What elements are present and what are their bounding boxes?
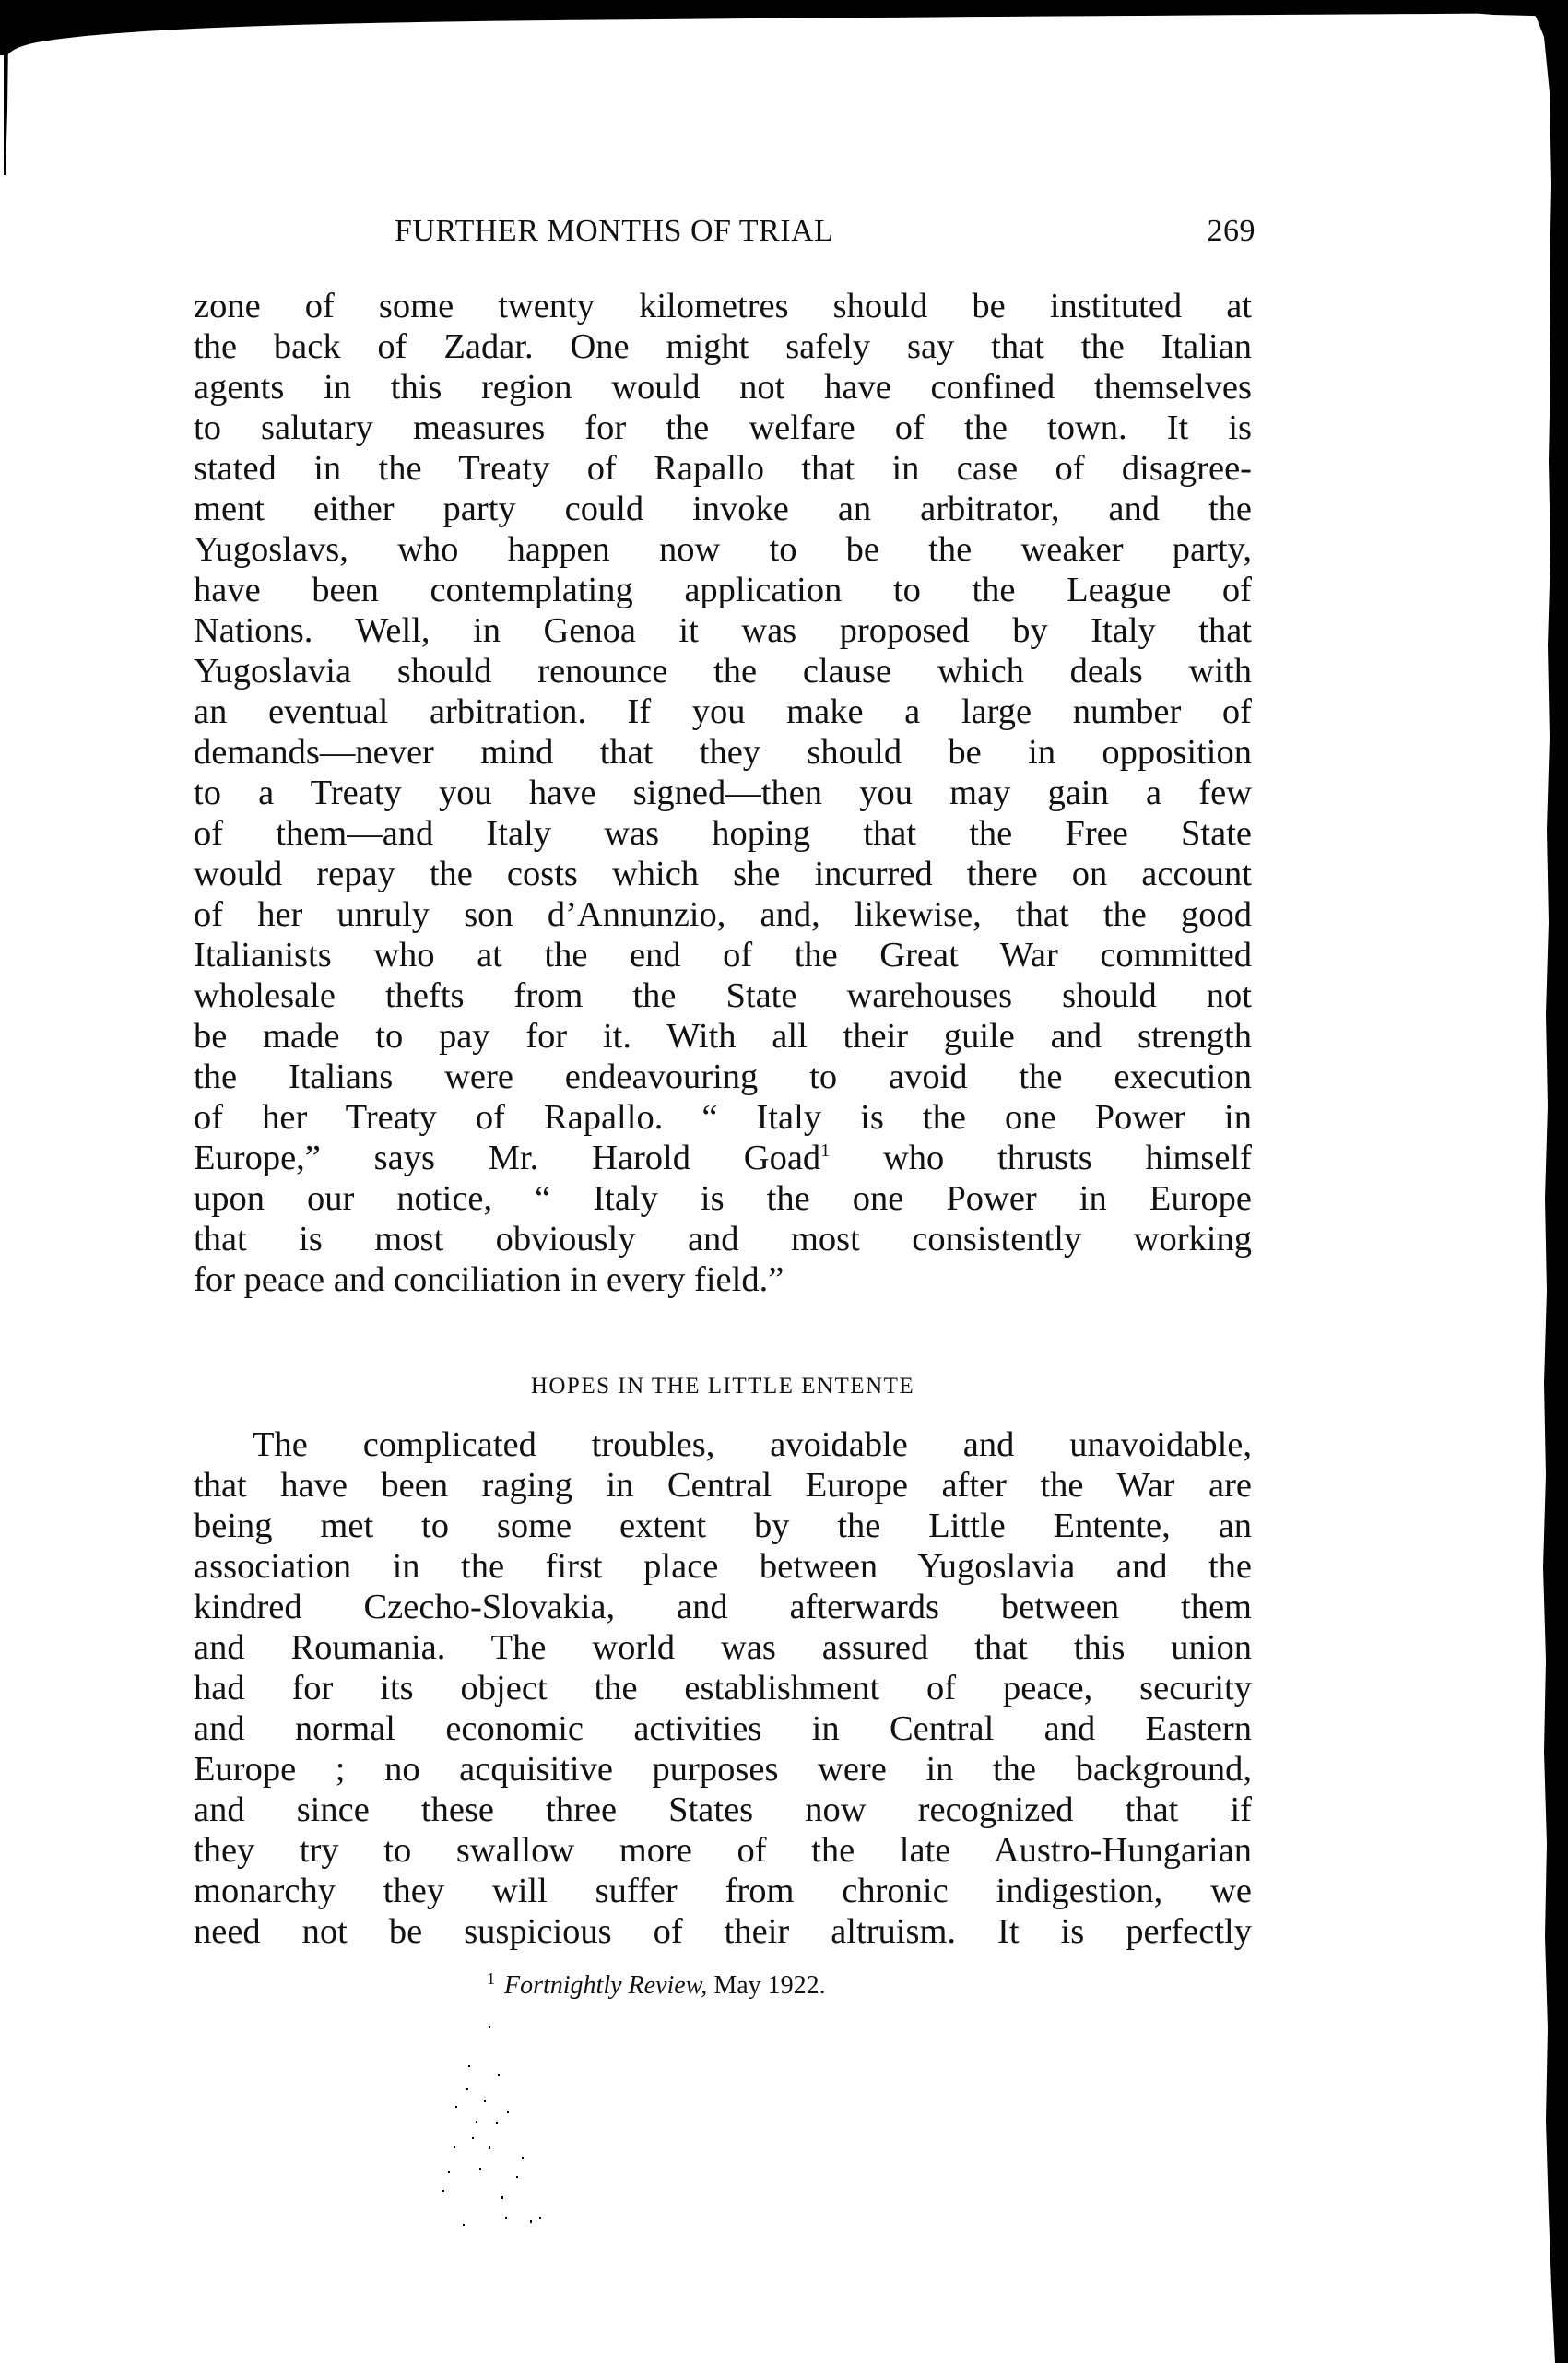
text-line: the back of Zadar. One might safely say … <box>194 326 1252 367</box>
text-line: ment either party could invoke an arbitr… <box>194 489 1252 529</box>
text-line-with-footnote: Europe,” says Mr. Harold Goad1 who thrus… <box>194 1138 1252 1178</box>
section-heading-text: HOPES IN THE LITTLE ENTENTE <box>531 1374 914 1399</box>
scan-speckles <box>387 2019 608 2240</box>
text-line: of her Treaty of Rapallo. “ Italy is the… <box>194 1097 1252 1138</box>
text-line: wholesale thefts from the State warehous… <box>194 975 1252 1016</box>
text-line: the Italians were endeavouring to avoid … <box>194 1057 1252 1097</box>
footnote-marker: 1 <box>487 1969 495 1988</box>
text-line: would repay the costs which she incurred… <box>194 854 1252 894</box>
footnote-date: May 1922. <box>707 1971 825 2000</box>
text-line: to a Treaty you have signed—then you may… <box>194 773 1252 813</box>
text-line: Yugoslavs, who happen now to be the weak… <box>194 529 1252 570</box>
text-line: and since these three States now recogni… <box>194 1790 1252 1830</box>
text-line: Europe ; no acquisitive purposes were in… <box>194 1749 1252 1790</box>
scan-top-edge <box>0 0 1568 55</box>
text-line: to salutary measures for the welfare of … <box>194 408 1252 448</box>
page-number: 269 <box>1208 214 1256 249</box>
text-line: be made to pay for it. With all their gu… <box>194 1016 1252 1057</box>
text-line: The complicated troubles, avoidable and … <box>194 1424 1252 1465</box>
scan-right-edge <box>1531 0 1568 2363</box>
section-heading: HOPES IN THE LITTLE ENTENTE <box>194 1374 1252 1400</box>
text-line: stated in the Treaty of Rapallo that in … <box>194 448 1252 489</box>
footnote-source: Fortnightly Review, <box>504 1971 707 2000</box>
text-line: had for its object the establishment of … <box>194 1668 1252 1708</box>
text-line: that have been raging in Central Europe … <box>194 1465 1252 1506</box>
text-line: Italianists who at the end of the Great … <box>194 935 1252 975</box>
text-line: need not be suspicious of their altruism… <box>194 1911 1252 1952</box>
text-segment: Europe,” says Mr. Harold Goad <box>194 1139 820 1177</box>
text-line: upon our notice, “ Italy is the one Powe… <box>194 1178 1252 1219</box>
text-line: have been contemplating application to t… <box>194 570 1252 610</box>
scan-left-edge <box>0 0 13 184</box>
text-line: an eventual arbitration. If you make a l… <box>194 691 1252 732</box>
text-line: agents in this region would not have con… <box>194 367 1252 408</box>
footnote: 1Fortnightly Review, May 1922. <box>487 1969 826 2001</box>
text-line: of her unruly son d’Annunzio, and, likew… <box>194 894 1252 935</box>
text-line: that is most obviously and most consiste… <box>194 1219 1252 1259</box>
text-line: they try to swallow more of the late Aus… <box>194 1830 1252 1871</box>
text-line: of them—and Italy was hoping that the Fr… <box>194 813 1252 854</box>
text-line: demands—never mind that they should be i… <box>194 732 1252 773</box>
running-head-title: FURTHER MONTHS OF TRIAL <box>395 214 833 249</box>
paragraph-little-entente: The complicated troubles, avoidable and … <box>194 1424 1252 1952</box>
text-line: and normal economic activities in Centra… <box>194 1708 1252 1749</box>
paragraph-continued: zone of some twenty kilometres should be… <box>194 286 1252 1300</box>
text-line: zone of some twenty kilometres should be… <box>194 286 1252 326</box>
text-line: monarchy they will suffer from chronic i… <box>194 1871 1252 1911</box>
text-line: Yugoslavia should renounce the clause wh… <box>194 651 1252 691</box>
text-line: Nations. Well, in Genoa it was proposed … <box>194 610 1252 651</box>
text-line: being met to some extent by the Little E… <box>194 1506 1252 1546</box>
text-line: kindred Czecho-Slovakia, and afterwards … <box>194 1587 1252 1627</box>
footnote-reference[interactable]: 1 <box>820 1140 830 1161</box>
text-line: and Roumania. The world was assured that… <box>194 1627 1252 1668</box>
text-segment: who thrusts himself <box>883 1139 1252 1177</box>
text-line: association in the first place between Y… <box>194 1546 1252 1587</box>
running-head: FURTHER MONTHS OF TRIAL 269 <box>194 214 1256 260</box>
text-line: for peace and conciliation in every fiel… <box>194 1259 1252 1300</box>
